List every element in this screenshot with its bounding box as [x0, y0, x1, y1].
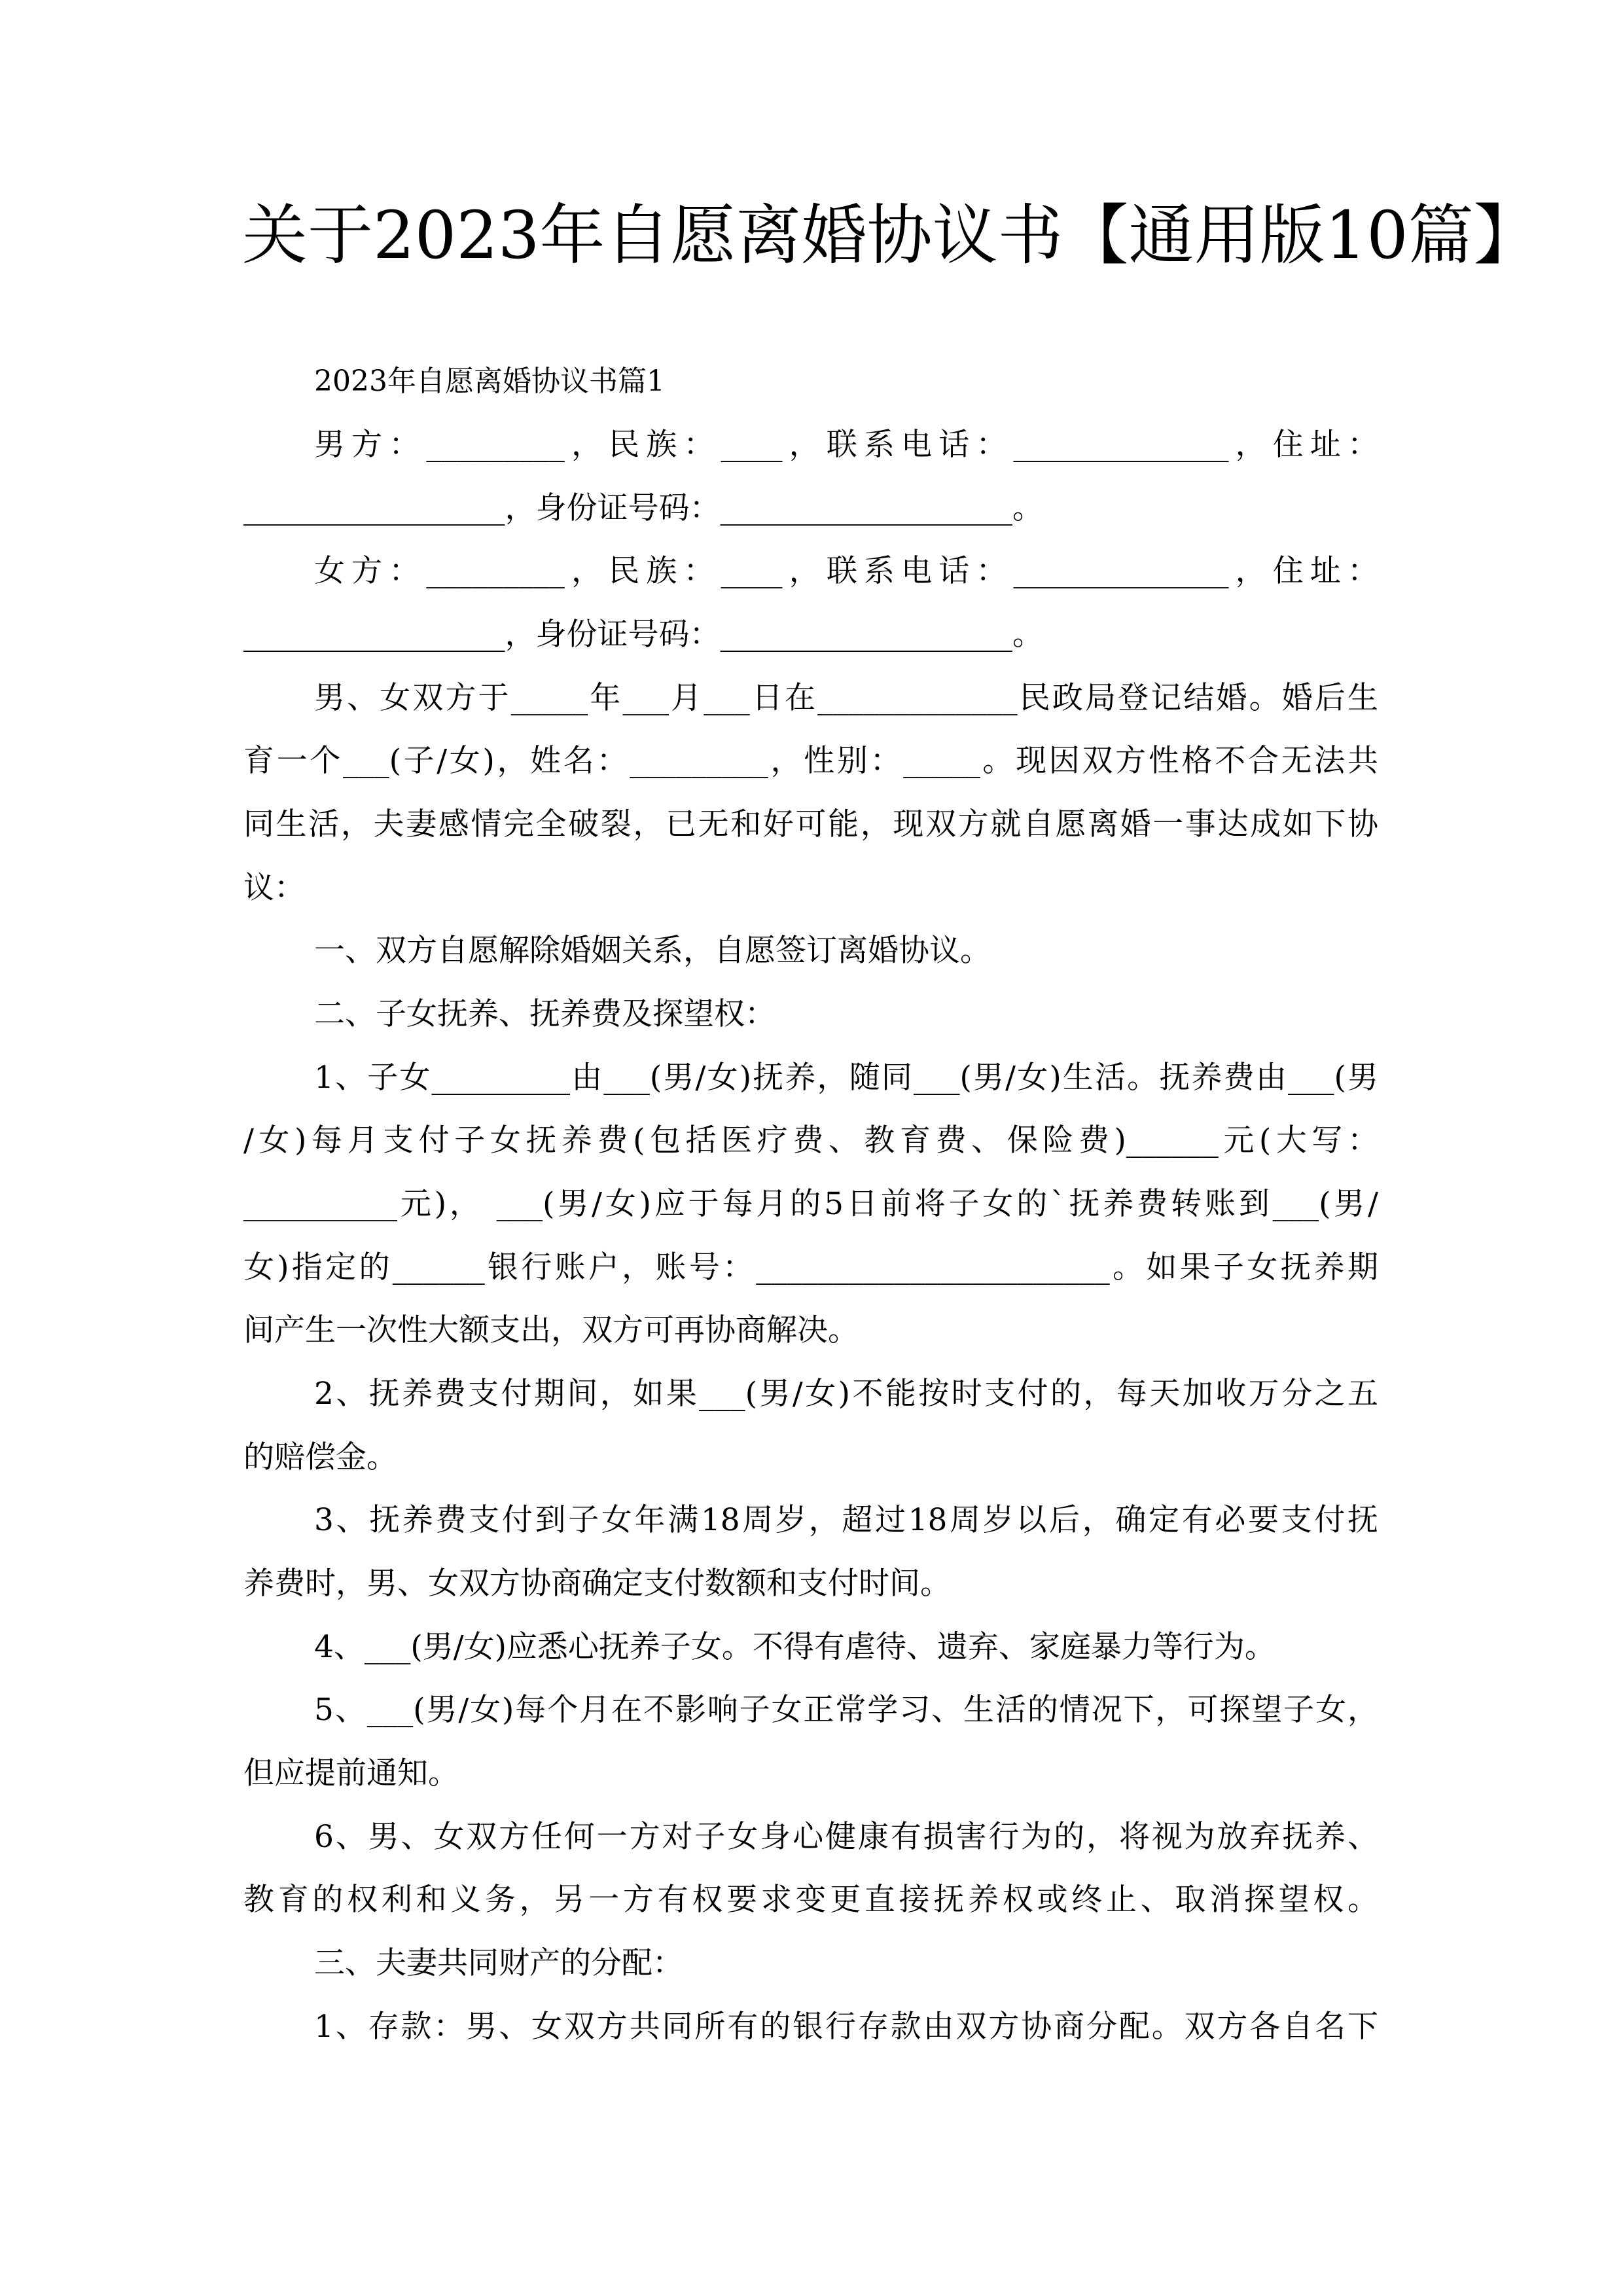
paragraph-line: 1、子女_________由___(男/女)抚养，随同___(男/女)生活。抚养… — [243, 1055, 1378, 1101]
paragraph-line: 5、___(男/女)每个月在不影响子女正常学习、生活的情况下，可探望子女， — [243, 1687, 1378, 1733]
paragraph-line: 但应提前通知。 — [243, 1751, 1378, 1797]
paragraph-line: 三、夫妻共同财产的分配： — [243, 1941, 1378, 1986]
paragraph-line: _________________，身份证号码：________________… — [243, 486, 1378, 531]
paragraph-line: 二、子女抚养、抚养费及探望权： — [243, 992, 1378, 1037]
paragraph-line: 女)指定的______银行账户，账号：_____________________… — [243, 1245, 1378, 1291]
paragraph-line: 1、存款：男、女双方共同所有的银行存款由双方协商分配。双方各自名下 — [243, 2004, 1378, 2050]
paragraph-line: 一、双方自愿解除婚姻关系，自愿签订离婚协议。 — [243, 928, 1378, 974]
document-title: 关于2023年自愿离婚协议书【通用版10篇】 — [242, 193, 1394, 278]
paragraph-line: 2、抚养费支付期间，如果___(男/女)不能按时支付的，每天加收万分之五 — [243, 1371, 1378, 1417]
paragraph-line: 的赔偿金。 — [243, 1435, 1378, 1480]
paragraph-line: _________________，身份证号码：________________… — [243, 612, 1378, 658]
paragraph-line: 6、男、女双方任何一方对子女身心健康有损害行为的，将视为放弃抚养、 — [243, 1814, 1378, 1860]
paragraph-line: /女)每月支付子女抚养费(包括医疗费、教育费、保险费)______元(大写： — [243, 1118, 1378, 1164]
paragraph-line: 3、抚养费支付到子女年满18周岁，超过18周岁以后，确定有必要支付抚 — [243, 1498, 1378, 1543]
paragraph-line: 4、___(男/女)应悉心抚养子女。不得有虐待、遗弃、家庭暴力等行为。 — [243, 1624, 1378, 1670]
paragraph-line: 女方：_________，民族：____，联系电话：______________… — [243, 548, 1378, 594]
paragraph-line: 教育的权利和义务，另一方有权要求变更直接抚养权或终止、取消探望权。 — [243, 1877, 1378, 1923]
paragraph-line: 男方：_________，民族：____，联系电话：______________… — [243, 422, 1378, 468]
paragraph-line: 同生活，夫妻感情完全破裂，已无和好可能，现双方就自愿离婚一事达成如下协 — [243, 802, 1378, 848]
section-heading: 2023年自愿离婚协议书篇1 — [243, 359, 1378, 404]
paragraph-line: 养费时，男、女双方协商确定支付数额和支付时间。 — [243, 1561, 1378, 1607]
paragraph-line: 育一个___(子/女)，姓名：_________，性别：_____。现因双方性格… — [243, 738, 1378, 784]
paragraph-line: __________元)， ___(男/女)应于每月的5日前将子女的`抚养费转账… — [243, 1181, 1378, 1227]
paragraph-line: 男、女双方于_____年___月___日在_____________民政局登记结… — [243, 675, 1378, 721]
paragraph-line: 间产生一次性大额支出，双方可再协商解决。 — [243, 1308, 1378, 1354]
paragraph-line: 议： — [243, 865, 1378, 911]
document-page: 关于2023年自愿离婚协议书【通用版10篇】 2023年自愿离婚协议书篇1 男方… — [0, 0, 1623, 2296]
